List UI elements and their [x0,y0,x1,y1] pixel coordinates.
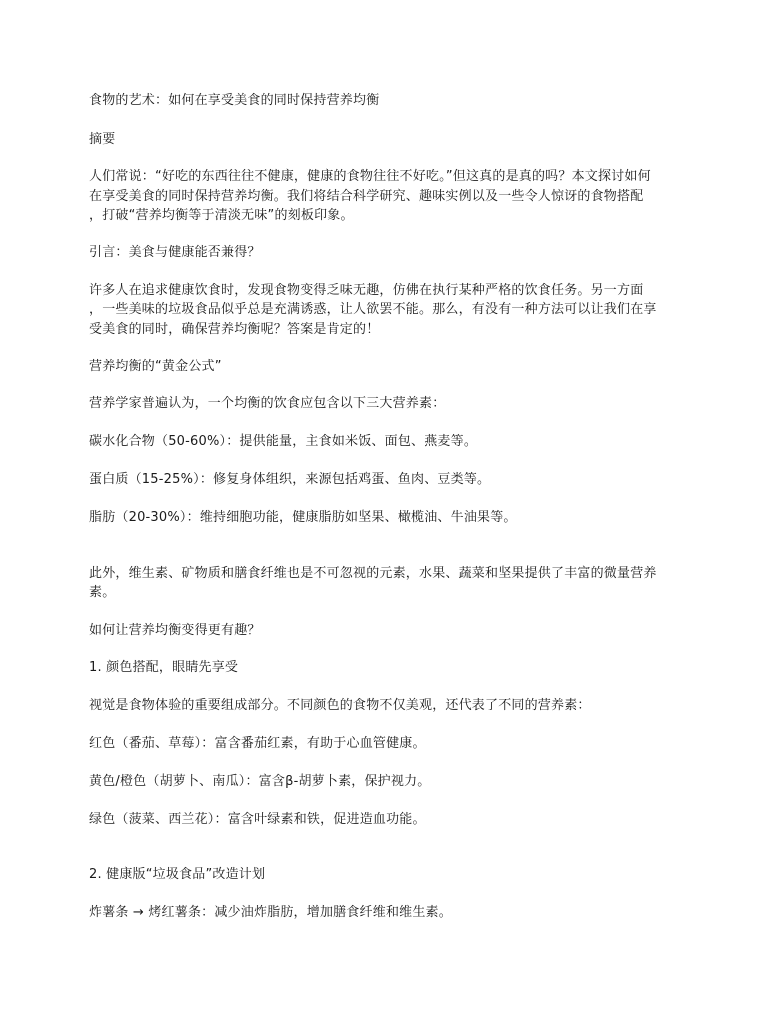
nutrient-item-fat: 脂肪（20-30%）：维持细胞功能，健康脂肪如坚果、橄榄油、牛油果等。 [89,507,689,529]
section1-intro: 视觉是食物体验的重要组成部分。不同颜色的食物不仅美观，还代表了不同的营养素： [89,695,689,717]
intro-line: ，一些美味的垃圾食品似乎总是充满诱惑，让人欲罢不能。那么，有没有一种方法可以让我… [89,299,689,321]
document-page: 食物的艺术：如何在享受美食的同时保持营养均衡 摘要 人们常说：“好吃的东西往往不… [0,0,768,1024]
section1-heading: 1. 颜色搭配，眼睛先享受 [89,657,689,679]
formula-heading: 营养均衡的“黄金公式” [89,356,689,378]
document-title: 食物的艺术：如何在享受美食的同时保持营养均衡 [89,90,689,112]
abstract-line: 人们常说：“好吃的东西往往不健康，健康的食物往往不好吃。”但这真的是真的吗？本文… [89,166,689,188]
intro-heading: 引言：美食与健康能否兼得？ [89,242,689,264]
formula-intro: 营养学家普遍认为，一个均衡的饮食应包含以下三大营养素： [89,393,689,415]
abstract-heading: 摘要 [89,129,689,151]
color-item-green: 绿色（菠菜、西兰花）：富含叶绿素和铁，促进造血功能。 [89,809,689,831]
intro-line: 受美食的同时，确保营养均衡呢？答案是肯定的！ [89,319,689,341]
nutrient-item-protein: 蛋白质（15-25%）：修复身体组织，来源包括鸡蛋、鱼肉、豆类等。 [89,469,689,491]
section2-heading: 2. 健康版“垃圾食品”改造计划 [89,864,689,886]
abstract-line: ，打破“营养均衡等于清淡无味”的刻板印象。 [89,205,689,227]
nutrient-item-carbs: 碳水化合物（50-60%）：提供能量，主食如米饭、面包、燕麦等。 [89,431,689,453]
color-item-red: 红色（番茄、草莓）：富含番茄红素，有助于心血管健康。 [89,733,689,755]
section2-item: 炸薯条 → 烤红薯条：减少油炸脂肪，增加膳食纤维和维生素。 [89,902,689,924]
micronutrients-line: 素。 [89,582,689,604]
color-item-yellow: 黄色/橙色（胡萝卜、南瓜）：富含β-胡萝卜素，保护视力。 [89,771,689,793]
fun-heading: 如何让营养均衡变得更有趣？ [89,620,689,642]
